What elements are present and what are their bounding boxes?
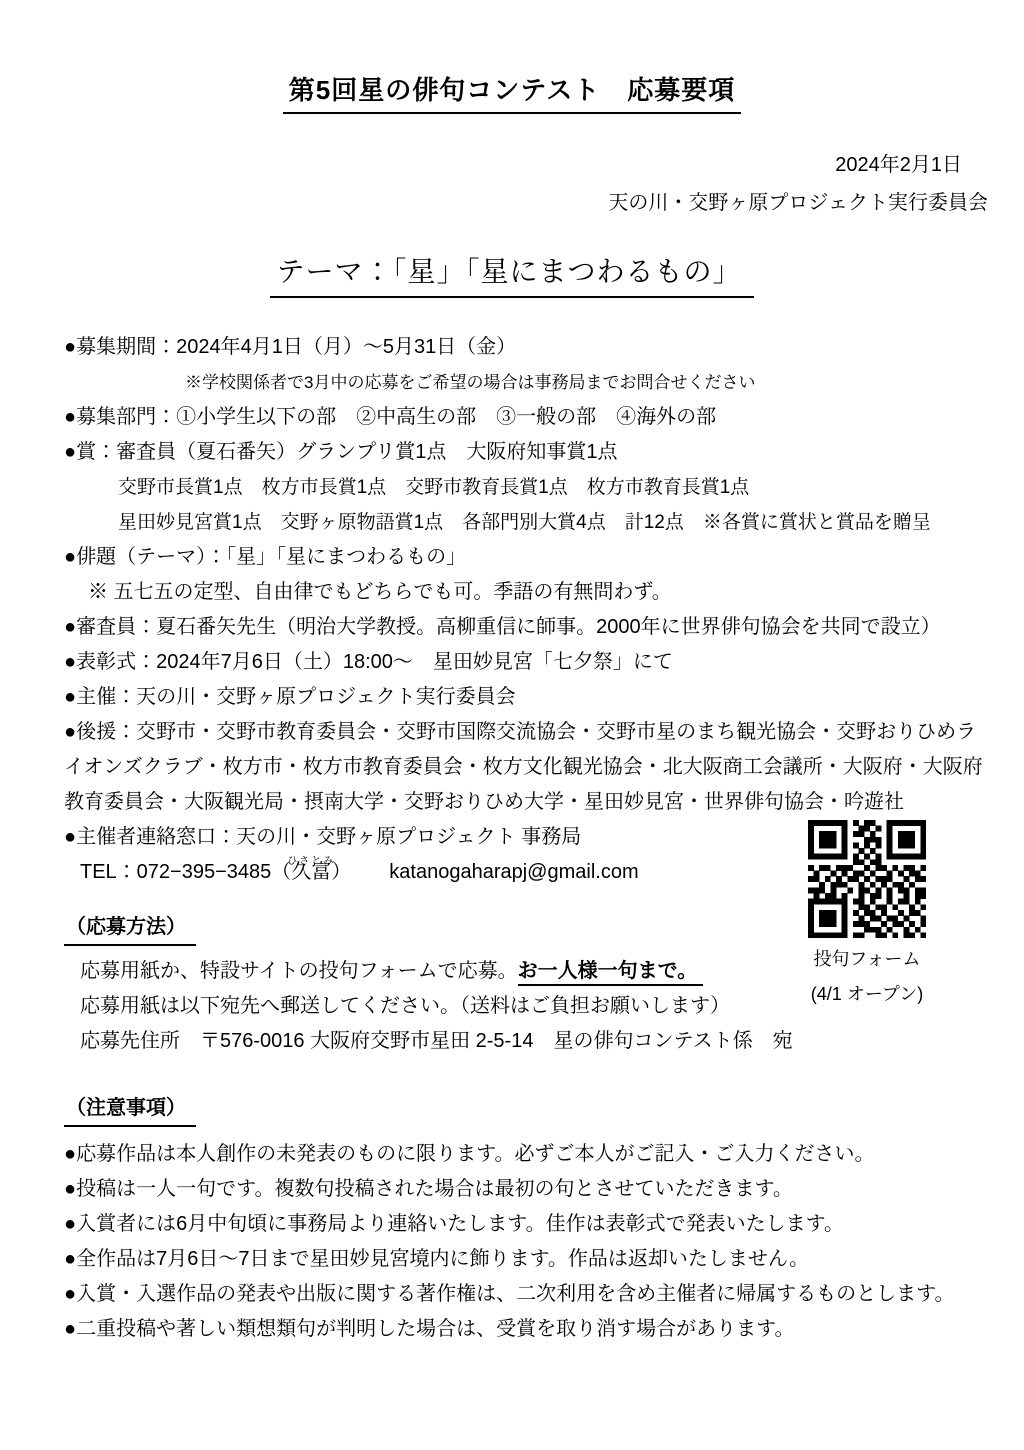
document-page: 第5回星の俳句コンテスト 応募要項 2024年2月1日 天の川・交野ヶ原プロジェ… (0, 0, 1024, 1450)
issuing-organization: 天の川・交野ヶ原プロジェクト実行委員会 (0, 184, 988, 222)
detail-line-form-note: ※ 五七五の定型、自由律でもどちらでも可。季語の有無問わず。 (64, 575, 1024, 610)
contact-name-wrap: ひさとみ久富 (291, 855, 331, 890)
detail-line-supporters: ●後援：交野市・交野市教育委員会・交野市国際交流協会・交野市星のまち観光協会・交… (64, 715, 986, 820)
title-wrap: 第5回星の俳句コンテスト 応募要項 (0, 0, 1024, 114)
tel-label: TEL：072−395−3485（ (80, 861, 291, 883)
detail-line-judge: ●審査員：夏石番矢先生（明治大学教授。高柳重信に師事。2000年に世界俳句協会を… (64, 610, 1024, 645)
notice-line-one-per-person: ●投稿は一人一句です。複数句投稿された場合は最初の句とさせていただきます。 (64, 1172, 1024, 1207)
notes-heading: （注意事項） (64, 1095, 196, 1127)
detail-line-divisions: ●募集部門：①小学生以下の部 ②中高生の部 ③一般の部 ④海外の部 (64, 400, 1024, 435)
detail-line-awards-2: 交野市長賞1点 枚方市長賞1点 交野市教育長賞1点 枚方市教育長賞1点 (64, 470, 1024, 505)
byline: 2024年2月1日 天の川・交野ヶ原プロジェクト実行委員会 (0, 146, 1024, 222)
notice-line-original-work: ●応募作品は本人創作の未発表のものに限ります。必ずご本人がご記入・ご入力ください… (64, 1137, 1024, 1172)
email-address: katanogaharapj@gmail.com (389, 861, 638, 883)
notice-line-display: ●全作品は7月6日～7日まで星田妙見宮境内に飾ります。作品は返却いたしません。 (64, 1242, 1024, 1277)
contact-furigana: ひさとみ (287, 844, 335, 879)
doc-title: 第5回星の俳句コンテスト 応募要項 (283, 70, 741, 114)
detail-list: ●募集期間：2024年4月1日（月）～5月31日（金） ※学校関係者で3月中の応… (0, 330, 1024, 890)
theme-wrap: テーマ：「星」「星にまつわるもの」 (0, 250, 1024, 298)
detail-line-host: ●主催：天の川・交野ヶ原プロジェクト実行委員会 (64, 680, 1024, 715)
notice-line-winner-contact: ●入賞者には6月中旬頃に事務局より連絡いたします。佳作は表彰式で発表いたします。 (64, 1207, 1024, 1242)
detail-line-awards: ●賞：審査員（夏石番矢）グランプリ賞1点 大阪府知事賞1点 (64, 435, 1024, 470)
apply-line-3: 応募先住所 〒576-0016 大阪府交野市星田 2-5-14 星の俳句コンテス… (80, 1024, 1024, 1059)
detail-line-ceremony: ●表彰式：2024年7月6日（土）18:00～ 星田妙見宮「七夕祭」にて (64, 645, 1024, 680)
one-haiku-limit: お一人様一句まで。 (518, 960, 704, 986)
qr-caption: 投句フォーム (804, 946, 930, 973)
detail-line-school-note: ※学校関係者で3月中の応募をご希望の場合は事務局までお問合せください (64, 365, 1024, 400)
qr-caption-note: (4/1 オープン) (804, 981, 930, 1008)
qr-code (808, 820, 926, 938)
detail-line-haiku-theme: ●俳題（テーマ）：「星」「星にまつわるもの」 (64, 540, 1024, 575)
detail-line-recruit-period: ●募集期間：2024年4月1日（月）～5月31日（金） (64, 330, 1024, 365)
issue-date: 2024年2月1日 (0, 146, 988, 184)
qr-block: 投句フォーム (4/1 オープン) (804, 820, 930, 1008)
notice-line-copyright: ●入賞・入選作品の発表や出版に関する著作権は、二次利用を含め主催者に帰属するもの… (64, 1277, 1024, 1312)
notice-line-disqualification: ●二重投稿や著しい類想類句が判明した場合は、受賞を取り消す場合があります。 (64, 1312, 1024, 1347)
theme-heading: テーマ：「星」「星にまつわるもの」 (270, 250, 753, 298)
apply-heading: （応募方法） (64, 914, 196, 946)
notes-lines: ●応募作品は本人創作の未発表のものに限ります。必ずご本人がご記入・ご入力ください… (64, 1137, 1024, 1347)
notes-section: （注意事項） ●応募作品は本人創作の未発表のものに限ります。必ずご本人がご記入・… (0, 1095, 1024, 1347)
detail-line-awards-3: 星田妙見宮賞1点 交野ヶ原物語賞1点 各部門別大賞4点 計12点 ※各賞に賞状と… (64, 505, 1024, 540)
apply-line-1-text: 応募用紙か、特設サイトの投句フォームで応募。 (80, 960, 518, 982)
